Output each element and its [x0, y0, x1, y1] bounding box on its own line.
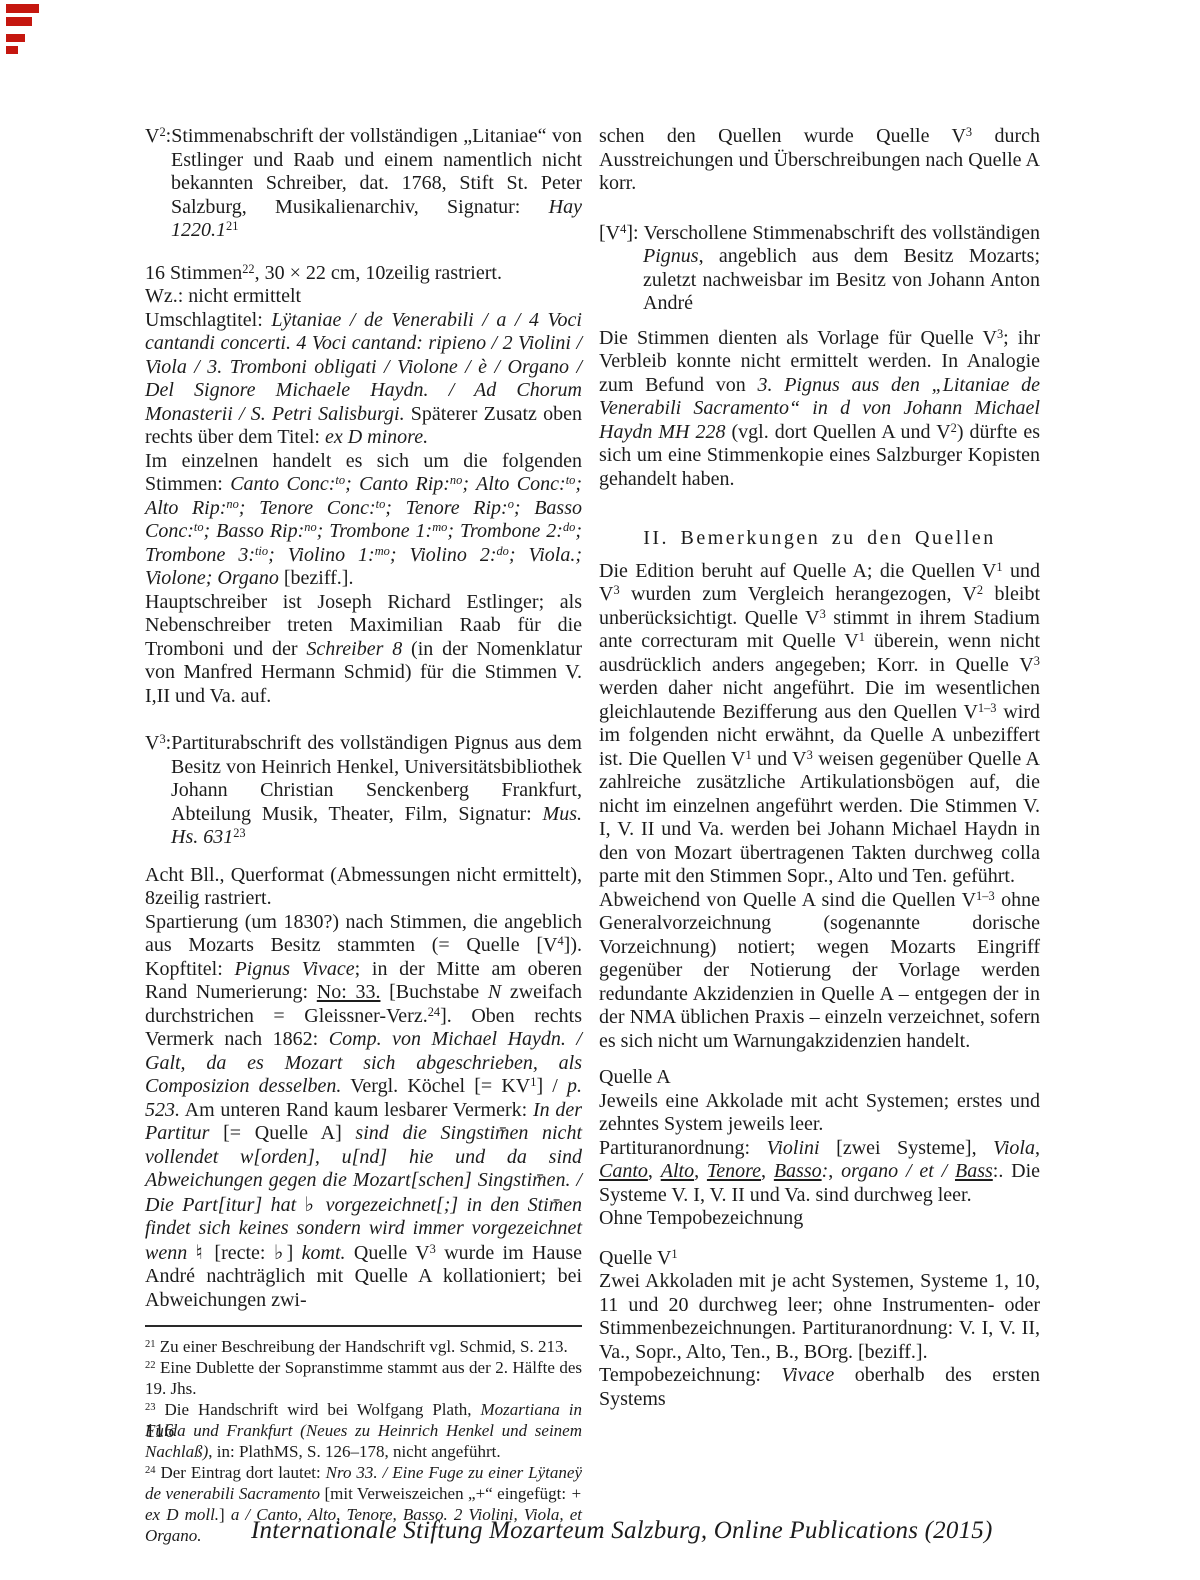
quelle-a-heading: Quelle A: [599, 1066, 1040, 1090]
source-entry-v2: V2:Stimmenabschrift der vollständigen „L…: [145, 125, 582, 243]
score-copy-note: Spartierung (um 1830?) nach Stimmen, die…: [145, 911, 582, 1313]
accidentals-note: Abweichend von Quelle A sind die Quellen…: [599, 889, 1040, 1054]
watermark-note: Wz.: nicht ermittelt: [145, 285, 582, 309]
red-scan-mark: [6, 34, 25, 42]
footnotes: 21 Zu einer Beschreibung der Handschrift…: [145, 1336, 582, 1546]
footnote-21: 21 Zu einer Beschreibung der Handschrift…: [145, 1336, 582, 1357]
page-number: 116: [145, 1420, 174, 1443]
red-scan-marks: [6, 4, 46, 60]
parts-list-note: Im einzelnen handelt es sich um die folg…: [145, 450, 582, 591]
footnote-rule: [145, 1325, 582, 1327]
right-column: schen den Quellen wurde Quelle V3 durch …: [599, 125, 1040, 1411]
provenance-note: Die Stimmen dienten als Vorlage für Quel…: [599, 327, 1040, 492]
source-entry-v4-text: Verschollene Stimmenabschrift des vollst…: [643, 222, 1040, 315]
source-entry-v3-text: Partiturabschrift des vollständigen Pign…: [171, 732, 582, 848]
source-entry-v2-text: Stimmenabschrift der vollständigen „Lita…: [171, 125, 582, 241]
quelle-a-tempo-note: Ohne Tempobezeichnung: [599, 1207, 1040, 1231]
footnote-23: 23 Die Handschrift wird bei Wolfgang Pla…: [145, 1399, 582, 1462]
quelle-v1-systems-note: Zwei Akkoladen mit je acht Systemen, Sys…: [599, 1270, 1040, 1364]
section-heading: II. Bemerkungen zu den Quellen: [599, 527, 1040, 551]
red-scan-mark: [6, 46, 18, 54]
format-note: Acht Bll., Querformat (Abmessungen nicht…: [145, 864, 582, 911]
parts-count-note: 16 Stimmen22, 30 × 22 cm, 10zeilig rastr…: [145, 262, 582, 286]
quelle-a-systems-note: Jeweils eine Akkolade mit acht Systemen;…: [599, 1090, 1040, 1137]
red-scan-mark: [6, 17, 32, 26]
siglum-v3: V3:: [145, 732, 171, 754]
left-column: V2:Stimmenabschrift der vollständigen „L…: [145, 125, 582, 1546]
footnote-22: 22 Eine Dublette der Sopranstimme stammt…: [145, 1357, 582, 1399]
source-entry-v4: [V4]: Verschollene Stimmenabschrift des …: [599, 222, 1040, 316]
quelle-a-score-order-note: Partituranordnung: Violini [zwei Systeme…: [599, 1137, 1040, 1208]
cover-title-note: Umschlagtitel: Lÿtaniae / de Venerabili …: [145, 309, 582, 450]
siglum-v2: V2:: [145, 125, 171, 147]
publication-footer: Internationale Stiftung Mozarteum Salzbu…: [251, 1517, 993, 1545]
column-continuation-text: schen den Quellen wurde Quelle V3 durch …: [599, 125, 1040, 196]
siglum-v4: [V4]:: [599, 222, 644, 244]
edition-basis-note: Die Edition beruht auf Quelle A; die Que…: [599, 560, 1040, 889]
source-entry-v3: V3:Partiturabschrift des vollständigen P…: [145, 732, 582, 850]
quelle-v1-tempo-note: Tempobezeichnung: Vivace oberhalb des er…: [599, 1364, 1040, 1411]
red-scan-mark: [6, 4, 39, 13]
scribes-note: Hauptschreiber ist Joseph Richard Estlin…: [145, 591, 582, 709]
quelle-v1-heading: Quelle V1: [599, 1247, 1040, 1271]
page: V2:Stimmenabschrift der vollständigen „L…: [0, 0, 1200, 1580]
